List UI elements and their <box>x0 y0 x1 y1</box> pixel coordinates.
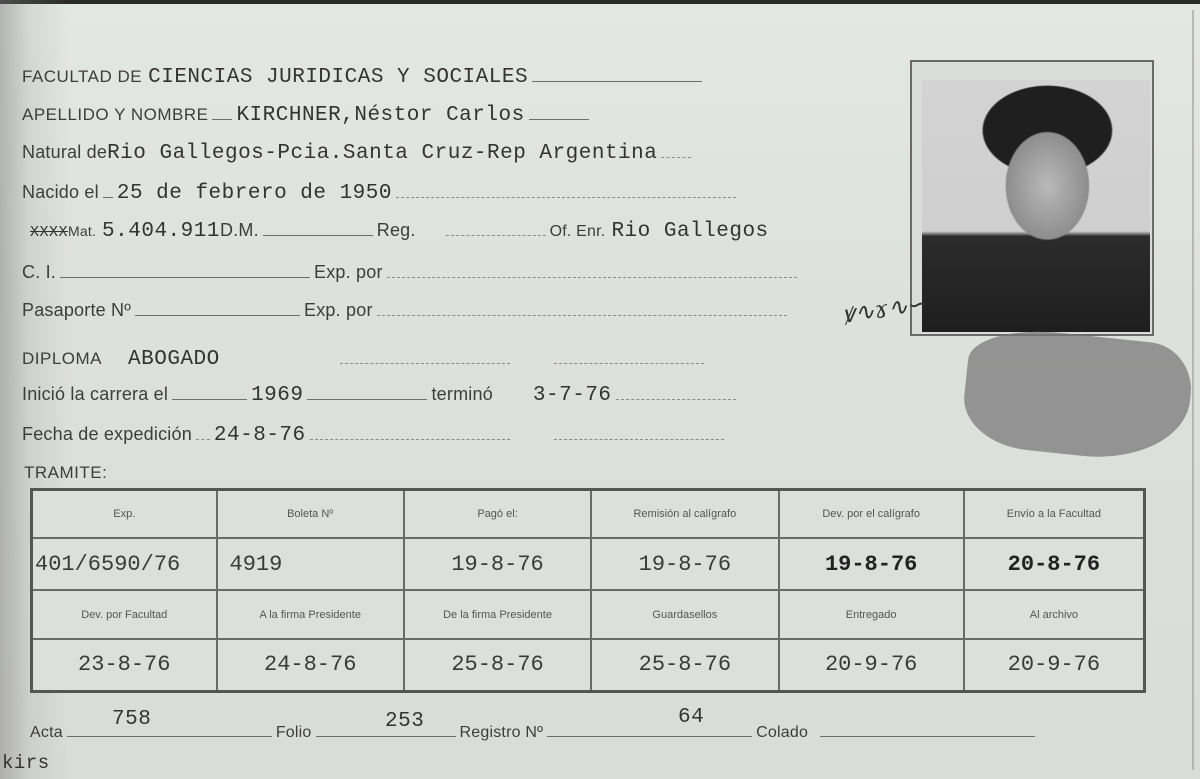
table-header-row: Dev. por Facultad A la firma Presidente … <box>32 590 1145 638</box>
underline-colado <box>820 736 1035 737</box>
field-fecha-expedicion: Fecha de expedición 24-8-76 <box>22 424 728 447</box>
underline <box>307 399 427 400</box>
underline-ci <box>60 277 310 278</box>
cell-guardasellos: 25-8-76 <box>591 639 778 692</box>
header-exp: Exp. <box>32 490 217 539</box>
cell-dev-facultad: 23-8-76 <box>32 639 217 692</box>
underline-pasaporte-exp-por <box>377 315 787 316</box>
underline <box>616 399 736 400</box>
cell-boleta: 4919 <box>217 538 404 590</box>
underline <box>661 157 691 158</box>
value-inicio-carrera: 1969 <box>251 384 303 407</box>
label-matricula: Mat. <box>68 223 96 239</box>
document-card: FACULTAD DE CIENCIAS JURIDICAS Y SOCIALE… <box>0 0 1200 779</box>
label-natural-de: Natural de <box>22 142 107 163</box>
header-entregado: Entregado <box>779 590 964 638</box>
header-dev-caligrafo: Dev. por el calígrafo <box>779 490 964 539</box>
footer-row: Acta Folio Registro Nº Colado <box>30 724 1039 742</box>
value-nacido-el: 25 de febrero de 1950 <box>117 182 392 205</box>
underline-ci-exp-por <box>387 277 797 278</box>
field-nacido-el: Nacido el 25 de febrero de 1950 <box>22 182 740 205</box>
underline-dm <box>263 235 373 236</box>
underline <box>172 399 247 400</box>
underline <box>212 119 232 120</box>
underline <box>529 119 589 120</box>
value-matricula: 5.404.911 <box>102 220 220 243</box>
cell-pago: 19-8-76 <box>404 538 591 590</box>
value-apellido-nombre: KIRCHNER,Néstor Carlos <box>236 104 524 127</box>
header-de-firma: De la firma Presidente <box>404 590 591 638</box>
label-pasaporte: Pasaporte Nº <box>22 300 131 321</box>
underline-folio <box>316 736 456 737</box>
top-edge <box>0 0 1200 4</box>
label-tramite: TRAMITE: <box>24 463 107 483</box>
field-matricula-row: XXXX Mat. 5.404.911 D.M. Reg. Of. Enr. R… <box>30 220 769 243</box>
underline-acta <box>67 736 272 737</box>
underline-reg <box>446 235 546 236</box>
cell-remision: 19-8-76 <box>591 538 778 590</box>
value-of-enr: Rio Gallegos <box>611 220 768 243</box>
table-row: 401/6590/76 4919 19-8-76 19-8-76 19-8-76… <box>32 538 1145 590</box>
value-natural-de: Rio Gallegos-Pcia.Santa Cruz-Rep Argenti… <box>107 142 657 165</box>
label-registro: Registro Nº <box>460 724 544 742</box>
field-apellido-nombre: APELLIDO Y NOMBRE KIRCHNER,Néstor Carlos <box>22 104 593 127</box>
table-row: 23-8-76 24-8-76 25-8-76 25-8-76 20-9-76 … <box>32 639 1145 692</box>
header-guardasellos: Guardasellos <box>591 590 778 638</box>
underline <box>310 439 510 440</box>
value-termino: 3-7-76 <box>533 384 612 407</box>
underline <box>554 439 724 440</box>
cell-dev-caligrafo: 19-8-76 <box>779 538 964 590</box>
label-termino: terminó <box>431 384 492 405</box>
label-reg: Reg. <box>377 220 416 241</box>
cell-exp: 401/6590/76 <box>32 538 217 590</box>
label-colado: Colado <box>756 724 808 742</box>
header-dev-facultad: Dev. por Facultad <box>32 590 217 638</box>
value-diploma: ABOGADO <box>128 348 220 371</box>
field-carrera: Inició la carrera el 1969 terminó 3-7-76 <box>22 384 740 407</box>
value-facultad: CIENCIAS JURIDICAS Y SOCIALES <box>148 66 528 89</box>
label-acta: Acta <box>30 724 63 742</box>
field-ci: C. I. Exp. por <box>22 262 801 283</box>
value-fecha-expedicion: 24-8-76 <box>214 424 306 447</box>
underline <box>532 81 702 82</box>
table-header-row: Exp. Boleta Nº Pagó el: Remisión al calí… <box>32 490 1145 539</box>
label-nacido-el: Nacido el <box>22 182 99 203</box>
portrait-photo <box>922 80 1150 332</box>
label-dm: D.M. <box>220 220 259 241</box>
label-diploma: DIPLOMA <box>22 349 102 369</box>
underline <box>196 439 210 440</box>
label-facultad: FACULTAD DE <box>22 67 142 87</box>
header-pago: Pagó el: <box>404 490 591 539</box>
header-a-firma: A la firma Presidente <box>217 590 404 638</box>
field-diploma: DIPLOMA ABOGADO <box>22 348 708 371</box>
cell-a-firma: 24-8-76 <box>217 639 404 692</box>
label-inicio-carrera: Inició la carrera el <box>22 384 168 405</box>
field-facultad: FACULTAD DE CIENCIAS JURIDICAS Y SOCIALE… <box>22 66 706 89</box>
ink-stamp <box>959 324 1195 467</box>
cell-archivo: 20-9-76 <box>964 639 1145 692</box>
label-folio: Folio <box>276 724 312 742</box>
tramite-table: Exp. Boleta Nº Pagó el: Remisión al calí… <box>30 488 1146 693</box>
label-pasaporte-exp-por: Exp. por <box>304 300 373 321</box>
card-edge <box>1192 10 1194 770</box>
underline <box>340 363 510 364</box>
label-ci-exp-por: Exp. por <box>314 262 383 283</box>
label-of-enr: Of. Enr. <box>550 223 606 241</box>
underline-pasaporte <box>135 315 300 316</box>
cell-de-firma: 25-8-76 <box>404 639 591 692</box>
header-envio: Envío a la Facultad <box>964 490 1145 539</box>
label-apellido-nombre: APELLIDO Y NOMBRE <box>22 105 208 125</box>
field-pasaporte: Pasaporte Nº Exp. por <box>22 300 791 321</box>
header-archivo: Al archivo <box>964 590 1145 638</box>
margin-note: kirs <box>2 752 50 774</box>
header-remision: Remisión al calígrafo <box>591 490 778 539</box>
label-fecha-expedicion: Fecha de expedición <box>22 424 192 445</box>
field-natural-de: Natural de Rio Gallegos-Pcia.Santa Cruz-… <box>22 142 695 165</box>
header-boleta: Boleta Nº <box>217 490 404 539</box>
underline-registro <box>547 736 752 737</box>
underline <box>396 197 736 198</box>
cell-entregado: 20-9-76 <box>779 639 964 692</box>
underline <box>554 363 704 364</box>
cell-envio: 20-8-76 <box>964 538 1145 590</box>
struck-prefix: XXXX <box>30 224 68 241</box>
label-ci: C. I. <box>22 262 56 283</box>
underline <box>103 197 113 198</box>
